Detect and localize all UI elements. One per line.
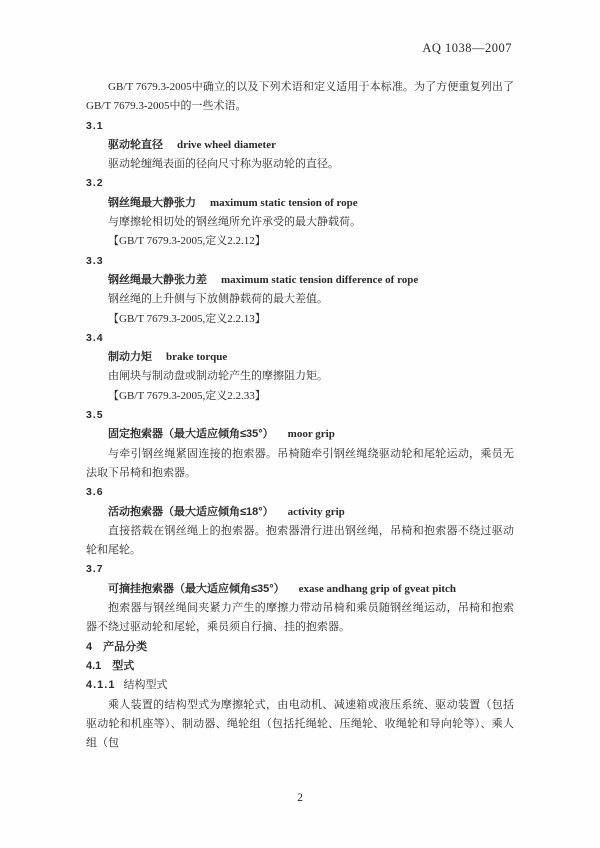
term-definition: 由闸块与制动盘或制动轮产生的摩擦阻力矩。 [86,367,514,386]
term-section: 3.7 可摘挂抱索器（最大适应倾角≤35°）exase andhang grip… [86,560,514,637]
section-4-heading: 4产品分类 [86,638,514,657]
term-english: maximum static tension difference of rop… [207,274,418,286]
term-heading: 活动抱索器（最大适应倾角≤18°）activity grip [86,503,514,522]
term-chinese: 可摘挂抱索器（最大适应倾角≤35°） [108,583,285,595]
term-section: 3.5 固定抱索器（最大适应倾角≤35°）moor grip 与牵引钢丝绳紧固连… [86,406,514,483]
term-section: 3.2 钢丝绳最大静张力maximum static tension of ro… [86,174,514,251]
term-number: 3.7 [86,560,514,579]
document-page: AQ 1038—2007 GB/T 7679.3-2005中确立的以及下列术语和… [0,0,600,848]
term-chinese: 钢丝绳最大静张力 [108,197,196,209]
term-number: 3.4 [86,329,514,348]
term-heading: 钢丝绳最大静张力差maximum static tension differen… [86,271,514,290]
term-english: brake torque [152,351,227,363]
term-definition: 【GB/T 7679.3-2005,定义2.2.12】 [86,232,514,251]
term-paragraphs: 抱索器与钢丝绳间夹紧力产生的摩擦力带动吊椅和乘员随钢丝绳运动，吊椅和抱索器不绕过… [86,599,514,638]
term-heading: 可摘挂抱索器（最大适应倾角≤35°）exase andhang grip of … [86,580,514,599]
term-chinese: 钢丝绳最大静张力差 [108,274,207,286]
term-english: maximum static tension of rope [196,197,358,209]
term-section: 3.1 驱动轮直径drive wheel diameter 驱动轮缠绳表面的径向… [86,117,514,175]
term-heading: 制动力矩brake torque [86,348,514,367]
term-chinese: 驱动轮直径 [108,139,163,151]
terms-list: 3.1 驱动轮直径drive wheel diameter 驱动轮缠绳表面的径向… [86,117,514,638]
section-title: 型式 [112,660,134,672]
term-definition: 与牵引钢丝绳紧固连接的抱索器。吊椅随牵引钢丝绳绕驱动轮和尾轮运动，乘员无法取下吊… [86,445,514,484]
term-definition: 【GB/T 7679.3-2005,定义2.2.33】 [86,387,514,406]
term-heading: 固定抱索器（最大适应倾角≤35°）moor grip [86,425,514,444]
term-definition: 【GB/T 7679.3-2005,定义2.2.13】 [86,310,514,329]
term-number: 3.1 [86,117,514,136]
term-number: 3.5 [86,406,514,425]
section-number: 4.1 [86,660,101,672]
section-4-1-heading: 4.1型式 [86,657,514,676]
term-definition: 与摩擦轮相切处的钢丝绳所允许承受的最大静载荷。 [86,213,514,232]
term-english: activity grip [274,506,345,518]
term-number: 3.2 [86,174,514,193]
intro-paragraph: GB/T 7679.3-2005中确立的以及下列术语和定义适用于本标准。为了方便… [86,78,514,117]
term-chinese: 活动抱索器（最大适应倾角≤18°） [108,506,274,518]
page-content: GB/T 7679.3-2005中确立的以及下列术语和定义适用于本标准。为了方便… [86,78,514,753]
term-heading: 驱动轮直径drive wheel diameter [86,136,514,155]
term-definition: 抱索器与钢丝绳间夹紧力产生的摩擦力带动吊椅和乘员随钢丝绳运动，吊椅和抱索器不绕过… [86,599,514,638]
term-paragraphs: 与摩擦轮相切处的钢丝绳所允许承受的最大静载荷。【GB/T 7679.3-2005… [86,213,514,252]
term-section: 3.6 活动抱索器（最大适应倾角≤18°）activity grip 直接搭载在… [86,483,514,560]
section-4-1-1-heading: 4.1.1结构型式 [86,676,514,695]
term-paragraphs: 钢丝绳的上升侧与下放侧静载荷的最大差值。【GB/T 7679.3-2005,定义… [86,290,514,329]
section-title: 结构型式 [123,679,167,691]
section-number: 4.1.1 [86,679,115,691]
term-heading: 钢丝绳最大静张力maximum static tension of rope [86,194,514,213]
term-definition: 驱动轮缠绳表面的径向尺寸称为驱动轮的直径。 [86,155,514,174]
section-4-1-1-body: 乘人装置的结构型式为摩擦轮式，由电动机、减速箱或液压系统、驱动装置（包括驱动轮和… [86,696,514,754]
term-english: drive wheel diameter [163,139,276,151]
term-number: 3.3 [86,252,514,271]
term-paragraphs: 驱动轮缠绳表面的径向尺寸称为驱动轮的直径。 [86,155,514,174]
section-title: 产品分类 [103,641,147,653]
term-chinese: 固定抱索器（最大适应倾角≤35°） [108,428,274,440]
section-number: 4 [86,641,92,653]
term-section: 3.3 钢丝绳最大静张力差maximum static tension diff… [86,252,514,329]
term-paragraphs: 与牵引钢丝绳紧固连接的抱索器。吊椅随牵引钢丝绳绕驱动轮和尾轮运动，乘员无法取下吊… [86,445,514,484]
term-paragraphs: 由闸块与制动盘或制动轮产生的摩擦阻力矩。【GB/T 7679.3-2005,定义… [86,367,514,406]
term-english: exase andhang grip of gveat pitch [285,583,456,595]
term-number: 3.6 [86,483,514,502]
term-paragraphs: 直接搭载在钢丝绳上的抱索器。抱索器滑行进出钢丝绳，吊椅和抱索器不绕过驱动轮和尾轮… [86,522,514,561]
term-english: moor grip [274,428,335,440]
term-definition: 直接搭载在钢丝绳上的抱索器。抱索器滑行进出钢丝绳，吊椅和抱索器不绕过驱动轮和尾轮… [86,522,514,561]
term-section: 3.4 制动力矩brake torque 由闸块与制动盘或制动轮产生的摩擦阻力矩… [86,329,514,406]
standard-code-header: AQ 1038—2007 [0,0,600,56]
term-chinese: 制动力矩 [108,351,152,363]
page-number: 2 [0,792,600,804]
term-definition: 钢丝绳的上升侧与下放侧静载荷的最大差值。 [86,290,514,309]
